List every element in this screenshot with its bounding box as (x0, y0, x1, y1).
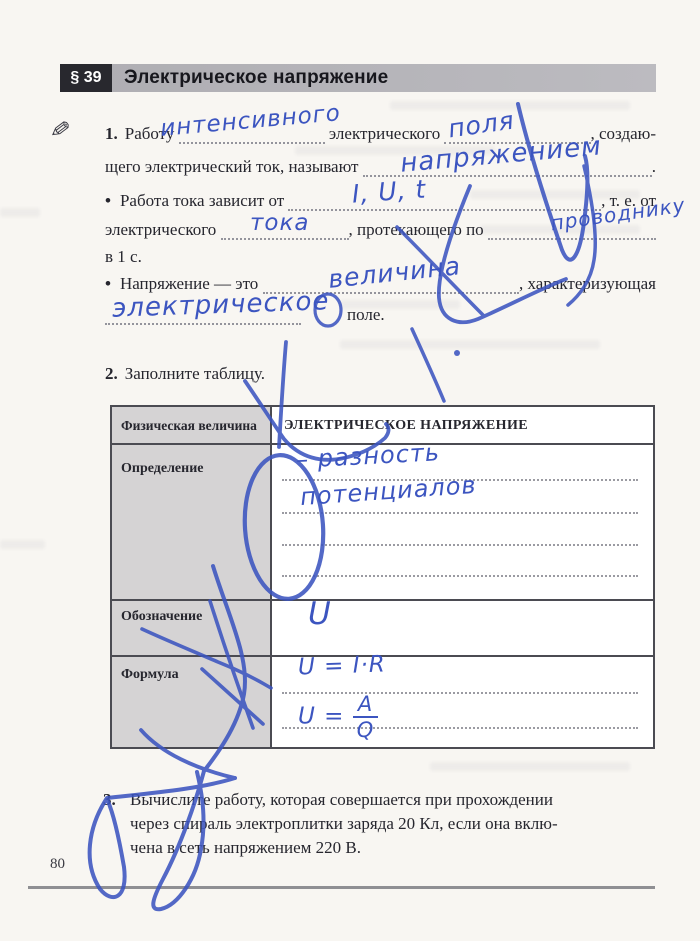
task3-line3: чена в сеть напряжением 220 В. (130, 838, 652, 858)
task3-line2: через спираль электроплитки заряда 20 Кл… (130, 814, 652, 834)
bullet-marker: • (105, 274, 111, 294)
printed-text: щего электрический ток, называют (105, 157, 363, 177)
printed-text: . (652, 157, 656, 177)
page-number: 80 (50, 856, 65, 873)
bleed-through-text (430, 762, 630, 771)
printed-text: Заполните таблицу. (125, 364, 265, 384)
printed-text: в 1 с. (105, 247, 142, 267)
handwritten-answer-toka: тока (250, 210, 309, 236)
table-row-divider (112, 599, 653, 601)
printed-text: Работа тока зависит от (120, 191, 289, 211)
bullet-marker: • (105, 191, 111, 211)
table-row-label-designation: Обозначение (121, 609, 202, 625)
section-number-badge: § 39 (60, 64, 112, 92)
footer-rule (28, 886, 655, 889)
table-left-column (112, 407, 270, 747)
task2-heading: 2.Заполните таблицу. (105, 364, 656, 384)
handwritten-formula1: U = I·R (298, 651, 387, 680)
task2-number: 2. (105, 364, 118, 384)
handwritten-designation: U (308, 596, 332, 632)
printed-text: Вычислите работу, которая совершается пр… (130, 790, 553, 810)
fraction-denominator: Q (353, 716, 379, 742)
handwritten-formula2: U = A Q (298, 692, 378, 742)
bleed-through-text (0, 540, 45, 549)
printed-text: , протекающего по (349, 220, 488, 240)
answer-line (282, 544, 638, 546)
table-header-col2: ЭЛЕКТРИЧЕСКОЕ НАПРЯЖЕНИЕ (284, 418, 528, 434)
printed-text: , характеризующая (519, 274, 656, 294)
section-number: § 39 (70, 69, 101, 87)
table-row-label-definition: Определение (121, 461, 203, 477)
task1-number: 1. (105, 124, 118, 144)
fill-blank (288, 194, 601, 211)
page-title: Электрическое напряжение (124, 67, 388, 89)
printed-text: через спираль электроплитки заряда 20 Кл… (130, 814, 558, 834)
bleed-through-text (340, 340, 600, 349)
table-header-col1: Физическая величина (121, 418, 257, 434)
answer-line (282, 512, 638, 514)
task3-number: 3. (103, 790, 116, 810)
printed-text: поле. (347, 305, 385, 325)
formula2-prefix: U = (298, 704, 344, 730)
printed-text: чена в сеть напряжением 220 В. (130, 838, 361, 858)
printed-text: электрического (105, 220, 221, 240)
pencil-icon: ✎ (48, 115, 72, 147)
answer-line (282, 575, 638, 577)
table-row-label-formula: Формула (121, 667, 179, 683)
printed-text: электрического (325, 124, 445, 144)
formula2-fraction: A Q (353, 692, 379, 742)
section-header-bar: § 39 Электрическое напряжение (60, 64, 656, 92)
table-column-divider (270, 407, 272, 747)
handwritten-answer-iut: I, U, t (351, 174, 427, 208)
workbook-page: § 39 Электрическое напряжение ✎ 1.Работу… (0, 0, 700, 941)
fraction-numerator: A (354, 692, 377, 716)
task3-line1: Вычислите работу, которая совершается пр… (130, 790, 652, 810)
task3-number-wrap: 3. (103, 790, 133, 810)
bleed-through-text (0, 208, 40, 217)
